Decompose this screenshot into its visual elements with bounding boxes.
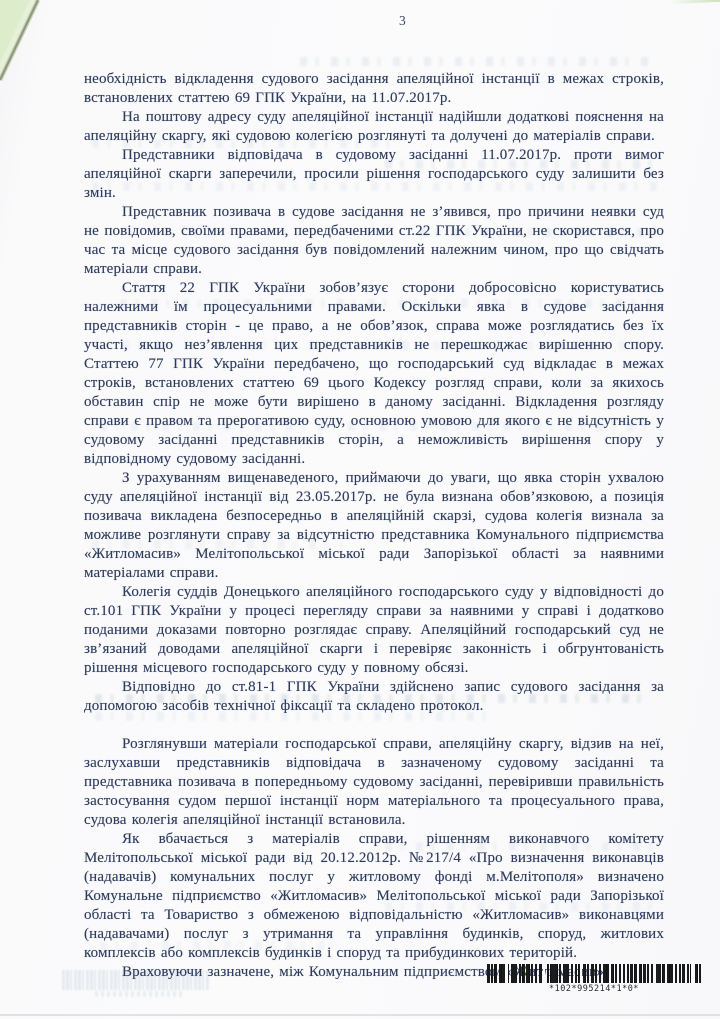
paragraph: Представник позивача в судове засідання … <box>84 203 664 279</box>
barcode-bars <box>487 964 701 983</box>
barcode-bleedthrough-label <box>95 991 185 997</box>
scanned-page: 3 необхідність відкладення судового засі… <box>0 0 720 1019</box>
paragraph: Стаття 22 ГПК України зобов’язує сторони… <box>84 279 664 469</box>
paragraph: Розглянувши матеріали господарської спра… <box>84 735 664 830</box>
scan-edge-artifact <box>669 0 720 4</box>
document-text: необхідність відкладення судового засіда… <box>84 70 664 982</box>
paragraph: необхідність відкладення судового засіда… <box>84 70 664 108</box>
paragraph: Колегія суддів Донецького апеляційного г… <box>84 583 664 678</box>
page-number: 3 <box>399 13 406 29</box>
paragraph: З урахуванням вищенаведеного, приймаючи … <box>84 469 664 583</box>
paragraph: Як вбачається з матеріалів справи, рішен… <box>84 830 664 963</box>
paragraph: Відповідно до ст.81-1 ГПК України здійсн… <box>84 678 664 716</box>
paragraph: Представники відповідача в судовому засі… <box>84 146 664 203</box>
bleedthrough-artifact <box>300 57 655 66</box>
scan-bottom-shadow <box>0 1014 720 1016</box>
barcode: *102*995214*1*0* <box>487 964 701 994</box>
paragraph: На поштову адресу суду апеляційної інста… <box>84 108 664 146</box>
barcode-label: *102*995214*1*0* <box>487 984 701 994</box>
